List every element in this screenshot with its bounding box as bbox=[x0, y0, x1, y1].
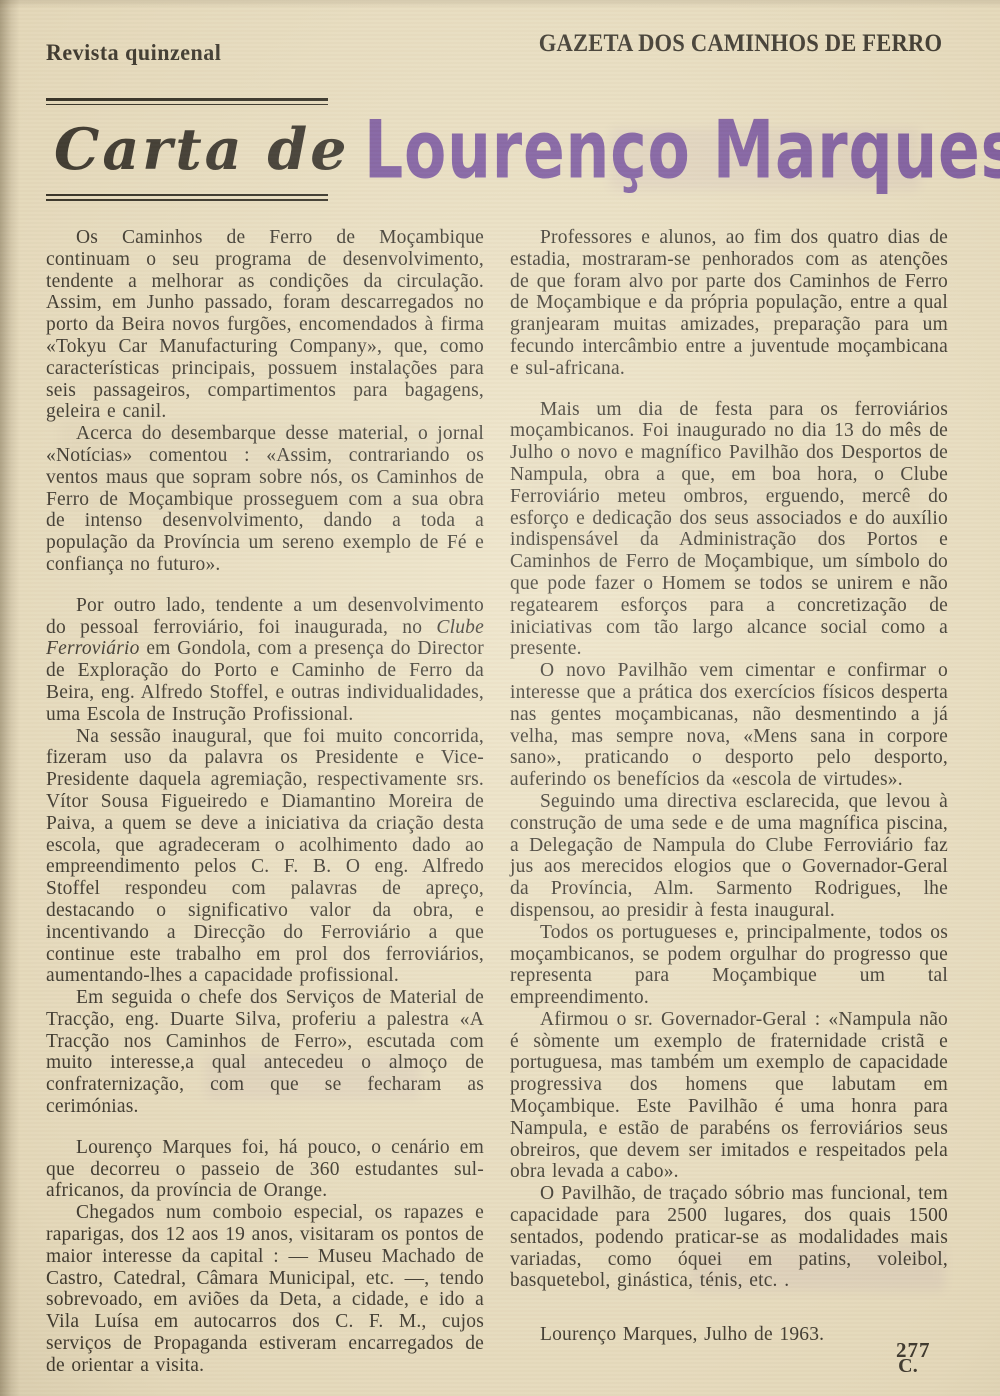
paragraph: Acerca do desembarque desse material, o … bbox=[46, 423, 484, 576]
paragraph: Na sessão inaugural, que foi muito conco… bbox=[46, 726, 484, 988]
author-signature: C. bbox=[510, 1356, 948, 1378]
paragraph: Mais um dia de festa para os ferroviário… bbox=[510, 399, 948, 661]
paragraph: Todos os portugueses e, principalmente, … bbox=[510, 922, 948, 1009]
scanned-magazine-page: { "colors": { "paper": "#ece2c6", "ink":… bbox=[0, 0, 1000, 1396]
journal-edition-label: Revista quinzenal bbox=[46, 39, 221, 66]
article-title-right: Lourenço Marques bbox=[328, 98, 1000, 202]
article-title: Carta de Lourenço Marques bbox=[46, 98, 942, 202]
paragraph: Chegados num comboio especial, os rapaze… bbox=[46, 1202, 484, 1376]
page-edge-shadow bbox=[0, 0, 1000, 8]
journal-name: GAZETA DOS CAMINHOS DE FERRO bbox=[539, 30, 942, 58]
paragraph: O Pavilhão, de traçado sóbrio mas funcio… bbox=[510, 1183, 948, 1292]
title-rule-top bbox=[46, 98, 328, 106]
title-rule-bottom bbox=[46, 194, 328, 202]
paragraph: Professores e alunos, ao fim dos quatro … bbox=[510, 227, 948, 380]
paragraph: Lourenço Marques foi, há pouco, o cenári… bbox=[46, 1137, 484, 1202]
dateline: Lourenço Marques, Julho de 1963. bbox=[510, 1324, 948, 1346]
article-title-left: Carta de bbox=[46, 98, 328, 202]
article-title-purple-text: Lourenço Marques bbox=[364, 109, 1000, 191]
page-binding-shadow bbox=[0, 0, 20, 1396]
article-body: Os Caminhos de Ferro de Moçambique conti… bbox=[46, 227, 948, 1378]
paragraph: O novo Pavilhão vem cimentar e confirmar… bbox=[510, 660, 948, 791]
paragraph: Por outro lado, tendente a um desenvolvi… bbox=[46, 595, 484, 726]
paragraph: Seguindo uma directiva esclarecida, que … bbox=[510, 791, 948, 922]
page-header: Revista quinzenal GAZETA DOS CAMINHOS DE… bbox=[46, 30, 942, 65]
right-column: Professores e alunos, ao fim dos quatro … bbox=[510, 227, 948, 1378]
paragraph: Em seguida o chefe dos Serviços de Mater… bbox=[46, 987, 484, 1118]
article-title-black-text: Carta de bbox=[46, 114, 328, 186]
page-number: 277 bbox=[896, 1338, 931, 1363]
paragraph: Afirmou o sr. Governador-Geral : «Nampul… bbox=[510, 1009, 948, 1183]
left-column: Os Caminhos de Ferro de Moçambique conti… bbox=[46, 227, 484, 1378]
paragraph: Os Caminhos de Ferro de Moçambique conti… bbox=[46, 227, 484, 423]
